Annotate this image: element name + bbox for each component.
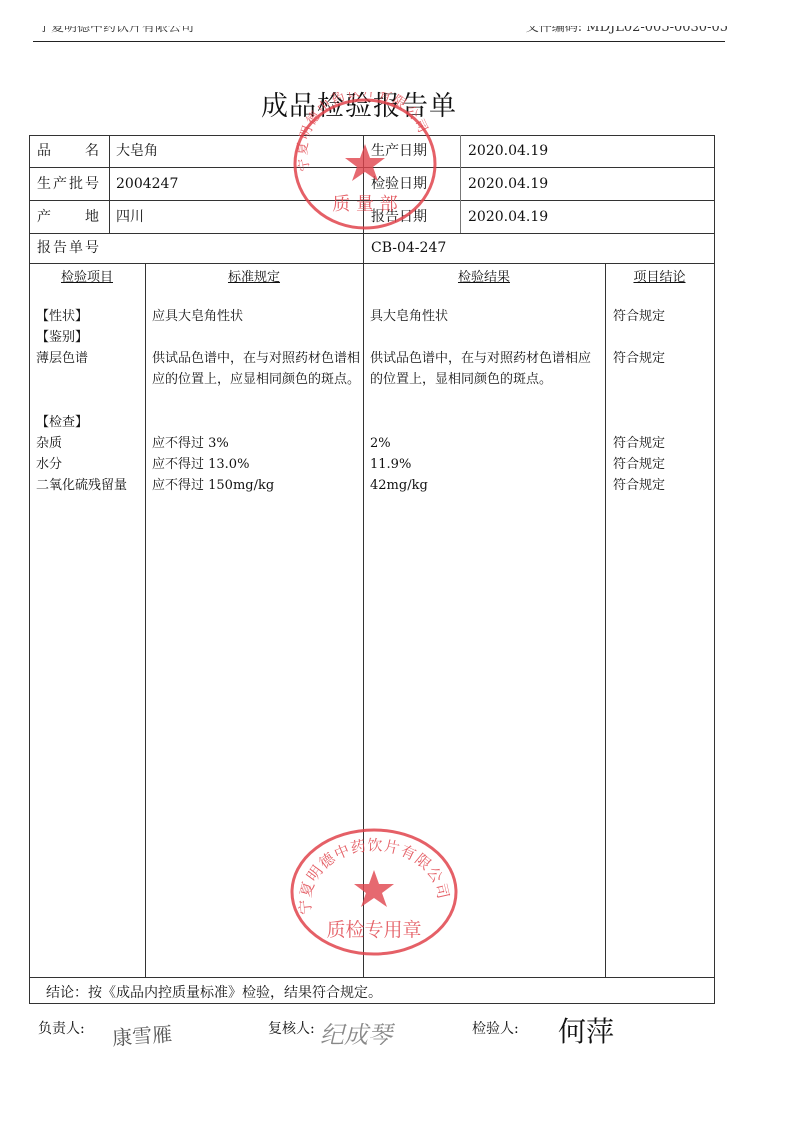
row-item: 二氧化硫残留量 xyxy=(36,475,141,496)
row-standard: 应不得过 13.0% xyxy=(152,454,360,475)
row-conclusion: 符合规定 xyxy=(613,306,708,327)
reviewer-label: 复核人: xyxy=(268,1018,315,1038)
row-divider xyxy=(29,200,715,201)
row-result: 具大皂角性状 xyxy=(370,306,602,327)
label-char: 产 xyxy=(37,207,51,227)
header-divider xyxy=(33,41,725,42)
row-standard: 应不得过 150mg/kg xyxy=(152,475,360,496)
inspector-label: 检验人: xyxy=(472,1018,519,1038)
report-date-value: 2020.04.19 xyxy=(468,207,548,227)
row-standard: 应具大皂角性状 xyxy=(152,306,360,327)
reviewer-signature: 纪成琴 xyxy=(320,1015,392,1050)
row-divider xyxy=(29,233,715,234)
origin-value: 四川 xyxy=(116,207,144,227)
report-no-value: CB-04-247 xyxy=(371,238,446,258)
row-conclusion: 符合规定 xyxy=(613,348,708,369)
row-result: 供试品色谱中，在与对照药材色谱相应的位置上，显相同颜色的斑点。 xyxy=(370,348,602,390)
label-char: 地 xyxy=(85,207,99,227)
col-divider xyxy=(460,135,461,233)
label-char: 名 xyxy=(85,141,99,161)
row-conclusion: 符合规定 xyxy=(613,454,708,475)
inspector-signature: 何萍 xyxy=(558,1010,614,1050)
label-char: 品 xyxy=(37,141,51,161)
row-item: 杂质 xyxy=(36,433,141,454)
production-date-label: 生产日期 xyxy=(371,141,427,161)
row-conclusion: 符合规定 xyxy=(613,433,708,454)
col-header-conclusion: 项目结论 xyxy=(605,266,714,285)
row-item: 【性状】 xyxy=(36,306,141,327)
company-name-header: 宁夏明德中药饮片有限公司 xyxy=(38,21,194,35)
file-code-header: 文件编码: MDJL02-005-0030-05 xyxy=(526,21,728,35)
row-result: 42mg/kg xyxy=(370,475,602,496)
row-standard: 供试品色谱中，在与对照药材色谱相应的位置上，应显相同颜色的斑点。 xyxy=(152,348,360,390)
batch-label: 生产批号 xyxy=(37,174,101,194)
report-date-label: 报告日期 xyxy=(371,207,427,227)
production-date-value: 2020.04.19 xyxy=(468,141,548,161)
batch-value: 2004247 xyxy=(116,174,178,194)
col-divider xyxy=(605,263,606,977)
row-divider xyxy=(29,263,715,264)
responsible-label: 负责人: xyxy=(38,1018,85,1038)
col-divider xyxy=(363,263,364,977)
row-item: 【鉴别】 xyxy=(36,327,141,348)
row-item: 【检查】 xyxy=(36,412,141,433)
row-standard: 应不得过 3% xyxy=(152,433,360,454)
row-divider xyxy=(29,977,715,978)
report-title: 成品检验报告单 xyxy=(0,84,718,123)
row-item: 水分 xyxy=(36,454,141,475)
inspection-date-label: 检验日期 xyxy=(371,174,427,194)
origin-label: 产 地 xyxy=(37,207,99,227)
col-divider xyxy=(145,263,146,977)
col-header-item: 检验项目 xyxy=(29,266,145,285)
col-header-result: 检验结果 xyxy=(363,266,605,285)
responsible-signature: 康雪雁 xyxy=(111,1018,173,1051)
row-result: 2% xyxy=(370,433,602,454)
row-divider xyxy=(29,167,715,168)
col-header-standard: 标准规定 xyxy=(145,266,363,285)
row-conclusion: 符合规定 xyxy=(613,475,708,496)
product-name-label: 品 名 xyxy=(37,141,99,161)
col-divider xyxy=(363,135,364,263)
final-conclusion: 结论：按《成品内控质量标准》检验，结果符合规定。 xyxy=(46,983,382,1003)
row-item: 薄层色谱 xyxy=(36,348,141,369)
inspection-date-value: 2020.04.19 xyxy=(468,174,548,194)
col-divider xyxy=(109,135,110,233)
product-name-value: 大皂角 xyxy=(116,141,158,161)
row-result: 11.9% xyxy=(370,454,602,475)
report-no-label: 报告单号 xyxy=(37,238,101,258)
